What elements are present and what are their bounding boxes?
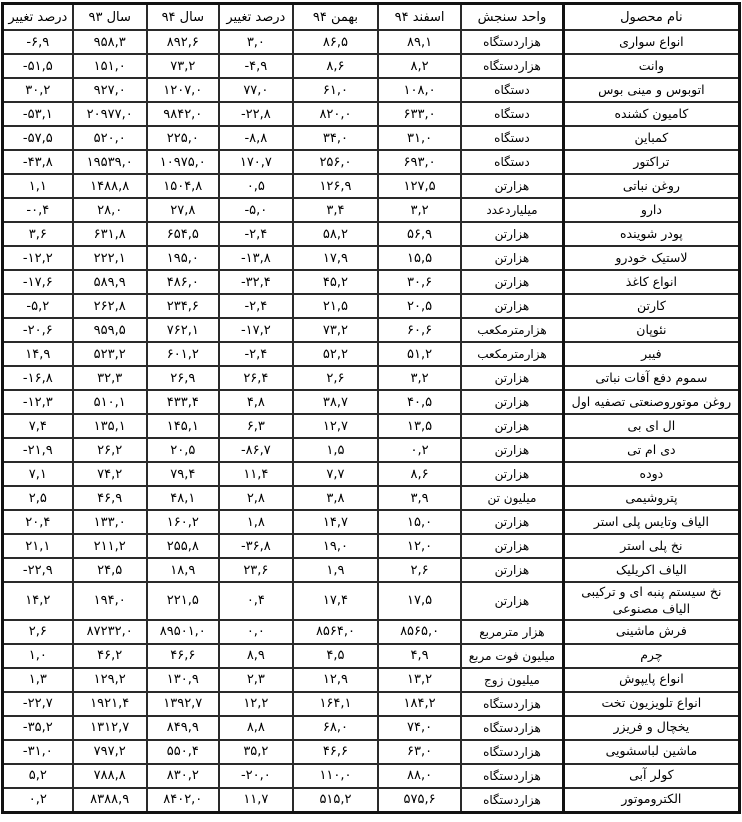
year-93-value-cell: ۲۱۱,۲ xyxy=(73,534,147,558)
year-93-value-cell: ۲۶۲,۸ xyxy=(73,294,147,318)
percent-change-year-cell: ۵,۲ xyxy=(3,764,73,788)
percent-change-month-cell: ۳۵,۲ xyxy=(219,740,293,764)
col-header-esfand-94: اسفند ۹۴ xyxy=(378,4,461,31)
percent-change-year-cell: -۲۱,۹ xyxy=(3,438,73,462)
esfand-94-value-cell: ۱۲,۰ xyxy=(378,534,461,558)
measure-unit-cell: هزاردستگاه xyxy=(461,740,563,764)
measure-unit-cell: هزارتن xyxy=(461,390,563,414)
table-row: چرم میلیون فوت مربع ۴,۹ ۴,۵ ۸,۹ ۴۶,۶ ۴۶,… xyxy=(3,644,740,668)
product-name-cell: فیبر xyxy=(563,342,739,366)
esfand-94-value-cell: ۵۷۵,۶ xyxy=(378,788,461,813)
col-header-measure-unit: واحد سنجش xyxy=(461,4,563,31)
percent-change-year-cell: ۱,۱ xyxy=(3,174,73,198)
esfand-94-value-cell: ۷۴,۰ xyxy=(378,716,461,740)
product-name-cell: الیاف اکریلیک xyxy=(563,558,739,582)
product-name-cell: روغن موتوروصنعتی تصفیه اول xyxy=(563,390,739,414)
percent-change-month-cell: ۷۷,۰ xyxy=(219,78,293,102)
year-94-value-cell: ۴۸۶,۰ xyxy=(147,270,219,294)
col-header-percent-change-year: درصد تغییر xyxy=(3,4,73,31)
year-93-value-cell: ۱۳۳,۰ xyxy=(73,510,147,534)
measure-unit-cell: هزارتن xyxy=(461,294,563,318)
year-93-value-cell: ۳۲,۳ xyxy=(73,366,147,390)
percent-change-month-cell: ۱۱,۴ xyxy=(219,462,293,486)
esfand-94-value-cell: ۱۸۴,۲ xyxy=(378,692,461,716)
percent-change-month-cell: ۱۱,۷ xyxy=(219,788,293,813)
measure-unit-cell: دستگاه xyxy=(461,102,563,126)
year-94-value-cell: ۸۴۰۲,۰ xyxy=(147,788,219,813)
esfand-94-value-cell: ۳۱,۰ xyxy=(378,126,461,150)
percent-change-year-cell: -۲۰,۶ xyxy=(3,318,73,342)
bahman-94-value-cell: ۱۲,۹ xyxy=(293,668,378,692)
year-94-value-cell: ۱۸,۹ xyxy=(147,558,219,582)
product-name-cell: اتوبوس و مینی بوس xyxy=(563,78,739,102)
year-94-value-cell: ۲۵۵,۸ xyxy=(147,534,219,558)
product-name-cell: سموم دفع آفات نباتی xyxy=(563,366,739,390)
bahman-94-value-cell: ۳,۸ xyxy=(293,486,378,510)
year-94-value-cell: ۱۳۹۲,۷ xyxy=(147,692,219,716)
year-94-value-cell: ۸۳۰,۲ xyxy=(147,764,219,788)
percent-change-month-cell: ۳,۰ xyxy=(219,30,293,54)
percent-change-year-cell: ۰,۲ xyxy=(3,788,73,813)
table-row: فرش ماشینی هزار مترمربع ۸۵۶۵,۰ ۸۵۶۴,۰ ۰,… xyxy=(3,620,740,644)
year-93-value-cell: ۵۸۹,۹ xyxy=(73,270,147,294)
percent-change-year-cell: -۱۷,۶ xyxy=(3,270,73,294)
table-row: پتروشیمی میلیون تن ۳,۹ ۳,۸ ۲,۸ ۴۸,۱ ۴۶,۹… xyxy=(3,486,740,510)
measure-unit-cell: هزارتن xyxy=(461,438,563,462)
table-row: لاستیک خودرو هزارتن ۱۵,۵ ۱۷,۹ -۱۳,۸ ۱۹۵,… xyxy=(3,246,740,270)
esfand-94-value-cell: ۱۳,۲ xyxy=(378,668,461,692)
table-row: انواع تلویزیون تخت هزاردستگاه ۱۸۴,۲ ۱۶۴,… xyxy=(3,692,740,716)
esfand-94-value-cell: ۵۱,۲ xyxy=(378,342,461,366)
percent-change-month-cell: -۸۶,۷ xyxy=(219,438,293,462)
esfand-94-value-cell: ۶۳,۰ xyxy=(378,740,461,764)
percent-change-year-cell: -۳۵,۲ xyxy=(3,716,73,740)
year-93-value-cell: ۲۰۹۷۷,۰ xyxy=(73,102,147,126)
measure-unit-cell: میلیون فوت مربع xyxy=(461,644,563,668)
measure-unit-cell: میلیاردعدد xyxy=(461,198,563,222)
measure-unit-cell: دستگاه xyxy=(461,78,563,102)
percent-change-year-cell: -۵۷,۵ xyxy=(3,126,73,150)
table-row: دوده هزارتن ۸,۶ ۷,۷ ۱۱,۴ ۷۹,۴ ۷۴,۲ ۷,۱ xyxy=(3,462,740,486)
measure-unit-cell: هزارتن xyxy=(461,582,563,620)
esfand-94-value-cell: ۱۰۸,۰ xyxy=(378,78,461,102)
year-93-value-cell: ۵۲۳,۲ xyxy=(73,342,147,366)
year-93-value-cell: ۷۴,۲ xyxy=(73,462,147,486)
bahman-94-value-cell: ۱,۵ xyxy=(293,438,378,462)
bahman-94-value-cell: ۸۲۰,۰ xyxy=(293,102,378,126)
bahman-94-value-cell: ۱۲,۷ xyxy=(293,414,378,438)
col-header-product-name: نام محصول xyxy=(563,4,739,31)
year-94-value-cell: ۶۰۱,۲ xyxy=(147,342,219,366)
esfand-94-value-cell: ۳,۲ xyxy=(378,366,461,390)
product-name-cell: ال ای بی xyxy=(563,414,739,438)
percent-change-year-cell: ۱,۳ xyxy=(3,668,73,692)
product-name-cell: کارتن xyxy=(563,294,739,318)
table-row: الکتروموتور هزاردستگاه ۵۷۵,۶ ۵۱۵,۲ ۱۱,۷ … xyxy=(3,788,740,813)
year-94-value-cell: ۸۹۵۰۱,۰ xyxy=(147,620,219,644)
year-94-value-cell: ۴۶,۶ xyxy=(147,644,219,668)
esfand-94-value-cell: ۸۵۶۵,۰ xyxy=(378,620,461,644)
product-name-cell: کولر آبی xyxy=(563,764,739,788)
percent-change-year-cell: ۳۰,۲ xyxy=(3,78,73,102)
table-row: اتوبوس و مینی بوس دستگاه ۱۰۸,۰ ۶۱,۰ ۷۷,۰… xyxy=(3,78,740,102)
bahman-94-value-cell: ۵۸,۲ xyxy=(293,222,378,246)
year-93-value-cell: ۲۴,۵ xyxy=(73,558,147,582)
table-row: تراکتور دستگاه ۶۹۳,۰ ۲۵۶,۰ ۱۷۰,۷ ۱۰۹۷۵,۰… xyxy=(3,150,740,174)
measure-unit-cell: هزار مترمربع xyxy=(461,620,563,644)
product-name-cell: نخ پلی استر xyxy=(563,534,739,558)
measure-unit-cell: میلیون زوج xyxy=(461,668,563,692)
percent-change-month-cell: -۸,۸ xyxy=(219,126,293,150)
year-93-value-cell: ۲۶,۲ xyxy=(73,438,147,462)
table-row: یخچال و فریزر هزاردستگاه ۷۴,۰ ۶۸,۰ ۸,۸ ۸… xyxy=(3,716,740,740)
year-94-value-cell: ۱۹۵,۰ xyxy=(147,246,219,270)
year-94-value-cell: ۴۸,۱ xyxy=(147,486,219,510)
bahman-94-value-cell: ۲,۶ xyxy=(293,366,378,390)
percent-change-month-cell: -۲,۴ xyxy=(219,342,293,366)
percent-change-month-cell: ۱۷۰,۷ xyxy=(219,150,293,174)
table-row: روغن موتوروصنعتی تصفیه اول هزارتن ۴۰,۵ ۳… xyxy=(3,390,740,414)
product-name-cell: انواع کاغذ xyxy=(563,270,739,294)
year-94-value-cell: ۲۲۱,۵ xyxy=(147,582,219,620)
percent-change-month-cell: -۵,۰ xyxy=(219,198,293,222)
bahman-94-value-cell: ۱,۹ xyxy=(293,558,378,582)
product-name-cell: فرش ماشینی xyxy=(563,620,739,644)
year-93-value-cell: ۱۹۴,۰ xyxy=(73,582,147,620)
percent-change-year-cell: ۱۴,۲ xyxy=(3,582,73,620)
bahman-94-value-cell: ۳۸,۷ xyxy=(293,390,378,414)
percent-change-year-cell: ۷,۱ xyxy=(3,462,73,486)
bahman-94-value-cell: ۷۳,۲ xyxy=(293,318,378,342)
percent-change-year-cell: ۲۱,۱ xyxy=(3,534,73,558)
bahman-94-value-cell: ۸,۶ xyxy=(293,54,378,78)
percent-change-year-cell: ۱۴,۹ xyxy=(3,342,73,366)
esfand-94-value-cell: ۶۰,۶ xyxy=(378,318,461,342)
measure-unit-cell: هزاردستگاه xyxy=(461,716,563,740)
percent-change-month-cell: ۲,۸ xyxy=(219,486,293,510)
table-row: ال ای بی هزارتن ۱۳,۵ ۱۲,۷ ۶,۳ ۱۴۵,۱ ۱۳۵,… xyxy=(3,414,740,438)
measure-unit-cell: هزاردستگاه xyxy=(461,30,563,54)
percent-change-year-cell: -۱۲,۳ xyxy=(3,390,73,414)
year-94-value-cell: ۴۳۳,۴ xyxy=(147,390,219,414)
product-name-cell: کامیون کشنده xyxy=(563,102,739,126)
bahman-94-value-cell: ۵۲,۲ xyxy=(293,342,378,366)
scanned-document-page: نام محصول واحد سنجش اسفند ۹۴ بهمن ۹۴ درص… xyxy=(0,0,742,822)
table-row: وانت هزاردستگاه ۸,۲ ۸,۶ -۴,۹ ۷۳,۲ ۱۵۱,۰ … xyxy=(3,54,740,78)
bahman-94-value-cell: ۷,۷ xyxy=(293,462,378,486)
bahman-94-value-cell: ۸۵۶۴,۰ xyxy=(293,620,378,644)
percent-change-year-cell: -۲۲,۷ xyxy=(3,692,73,716)
year-93-value-cell: ۱۲۹,۲ xyxy=(73,668,147,692)
product-name-cell: لاستیک خودرو xyxy=(563,246,739,270)
esfand-94-value-cell: ۴,۹ xyxy=(378,644,461,668)
year-94-value-cell: ۷۳,۲ xyxy=(147,54,219,78)
table-body: انواع سواری هزاردستگاه ۸۹,۱ ۸۶,۵ ۳,۰ ۸۹۲… xyxy=(3,30,740,812)
year-93-value-cell: ۷۹۷,۲ xyxy=(73,740,147,764)
esfand-94-value-cell: ۱۷,۵ xyxy=(378,582,461,620)
table-row: نخ سیستم پنبه ای و ترکیبی الیاف مصنوعی ه… xyxy=(3,582,740,620)
measure-unit-cell: هزارمترمکعب xyxy=(461,342,563,366)
year-94-value-cell: ۲۶,۹ xyxy=(147,366,219,390)
measure-unit-cell: هزارتن xyxy=(461,510,563,534)
product-name-cell: چرم xyxy=(563,644,739,668)
product-name-cell: دوده xyxy=(563,462,739,486)
percent-change-year-cell: -۱۲,۲ xyxy=(3,246,73,270)
esfand-94-value-cell: ۶۹۳,۰ xyxy=(378,150,461,174)
year-94-value-cell: ۱۲۰۷,۰ xyxy=(147,78,219,102)
table-row: کامیون کشنده دستگاه ۶۳۳,۰ ۸۲۰,۰ -۲۲,۸ ۹۸… xyxy=(3,102,740,126)
measure-unit-cell: هزاردستگاه xyxy=(461,764,563,788)
product-name-cell: انواع سواری xyxy=(563,30,739,54)
percent-change-month-cell: -۲,۴ xyxy=(219,222,293,246)
year-94-value-cell: ۸۹۲,۶ xyxy=(147,30,219,54)
table-row: سموم دفع آفات نباتی هزارتن ۳,۲ ۲,۶ ۲۶,۴ … xyxy=(3,366,740,390)
col-header-year-94: سال ۹۴ xyxy=(147,4,219,31)
percent-change-year-cell: -۶,۹ xyxy=(3,30,73,54)
year-94-value-cell: ۲۰,۵ xyxy=(147,438,219,462)
measure-unit-cell: هزاردستگاه xyxy=(461,54,563,78)
percent-change-month-cell: ۱,۸ xyxy=(219,510,293,534)
bahman-94-value-cell: ۱۴,۷ xyxy=(293,510,378,534)
measure-unit-cell: هزارتن xyxy=(461,246,563,270)
percent-change-month-cell: ۸,۹ xyxy=(219,644,293,668)
year-93-value-cell: ۴۶,۹ xyxy=(73,486,147,510)
percent-change-month-cell: ۲۶,۴ xyxy=(219,366,293,390)
percent-change-month-cell: ۱۲,۲ xyxy=(219,692,293,716)
esfand-94-value-cell: ۶۳۳,۰ xyxy=(378,102,461,126)
bahman-94-value-cell: ۴۵,۲ xyxy=(293,270,378,294)
header-row: نام محصول واحد سنجش اسفند ۹۴ بهمن ۹۴ درص… xyxy=(3,4,740,31)
percent-change-month-cell: ۲,۳ xyxy=(219,668,293,692)
percent-change-year-cell: -۵۳,۱ xyxy=(3,102,73,126)
bahman-94-value-cell: ۲۱,۵ xyxy=(293,294,378,318)
production-stats-table: نام محصول واحد سنجش اسفند ۹۴ بهمن ۹۴ درص… xyxy=(1,2,741,814)
esfand-94-value-cell: ۸,۶ xyxy=(378,462,461,486)
year-94-value-cell: ۱۴۵,۱ xyxy=(147,414,219,438)
percent-change-month-cell: ۶,۳ xyxy=(219,414,293,438)
product-name-cell: پتروشیمی xyxy=(563,486,739,510)
measure-unit-cell: هزارتن xyxy=(461,366,563,390)
measure-unit-cell: هزارمترمکعب xyxy=(461,318,563,342)
esfand-94-value-cell: ۱۳,۵ xyxy=(378,414,461,438)
year-93-value-cell: ۱۳۱۲,۷ xyxy=(73,716,147,740)
table-row: نخ پلی استر هزارتن ۱۲,۰ ۱۹,۰ -۳۶,۸ ۲۵۵,۸… xyxy=(3,534,740,558)
percent-change-year-cell: -۴۳,۸ xyxy=(3,150,73,174)
measure-unit-cell: هزارتن xyxy=(461,270,563,294)
table-row: فیبر هزارمترمکعب ۵۱,۲ ۵۲,۲ -۲,۴ ۶۰۱,۲ ۵۲… xyxy=(3,342,740,366)
year-94-value-cell: ۵۵۰,۴ xyxy=(147,740,219,764)
esfand-94-value-cell: ۱۵,۰ xyxy=(378,510,461,534)
table-row: روغن نباتی هزارتن ۱۲۷,۵ ۱۲۶,۹ ۰,۵ ۱۵۰۴,۸… xyxy=(3,174,740,198)
year-93-value-cell: ۵۱۰,۱ xyxy=(73,390,147,414)
bahman-94-value-cell: ۱۹,۰ xyxy=(293,534,378,558)
year-93-value-cell: ۶۳۱,۸ xyxy=(73,222,147,246)
percent-change-year-cell: -۰,۴ xyxy=(3,198,73,222)
bahman-94-value-cell: ۱۷,۴ xyxy=(293,582,378,620)
bahman-94-value-cell: ۱۶۴,۱ xyxy=(293,692,378,716)
year-93-value-cell: ۹۵۹,۵ xyxy=(73,318,147,342)
percent-change-month-cell: ۴,۸ xyxy=(219,390,293,414)
esfand-94-value-cell: ۲,۶ xyxy=(378,558,461,582)
product-name-cell: نخ سیستم پنبه ای و ترکیبی الیاف مصنوعی xyxy=(563,582,739,620)
measure-unit-cell: دستگاه xyxy=(461,126,563,150)
year-94-value-cell: ۱۳۰,۹ xyxy=(147,668,219,692)
bahman-94-value-cell: ۶۸,۰ xyxy=(293,716,378,740)
percent-change-year-cell: ۷,۴ xyxy=(3,414,73,438)
percent-change-year-cell: ۲۰,۴ xyxy=(3,510,73,534)
year-93-value-cell: ۲۲۲,۱ xyxy=(73,246,147,270)
year-93-value-cell: ۸۷۲۳۲,۰ xyxy=(73,620,147,644)
esfand-94-value-cell: ۰,۲ xyxy=(378,438,461,462)
percent-change-year-cell: ۲,۶ xyxy=(3,620,73,644)
year-94-value-cell: ۱۵۰۴,۸ xyxy=(147,174,219,198)
percent-change-year-cell: -۵,۲ xyxy=(3,294,73,318)
year-93-value-cell: ۱۹۵۳۹,۰ xyxy=(73,150,147,174)
table-row: کارتن هزارتن ۲۰,۵ ۲۱,۵ -۲,۴ ۲۳۴,۶ ۲۶۲,۸ … xyxy=(3,294,740,318)
year-94-value-cell: ۶۵۴,۵ xyxy=(147,222,219,246)
percent-change-year-cell: -۱۶,۸ xyxy=(3,366,73,390)
year-93-value-cell: ۱۵۱,۰ xyxy=(73,54,147,78)
measure-unit-cell: هزارتن xyxy=(461,174,563,198)
measure-unit-cell: هزارتن xyxy=(461,534,563,558)
percent-change-year-cell: ۲,۵ xyxy=(3,486,73,510)
table-row: نئوپان هزارمترمکعب ۶۰,۶ ۷۳,۲ -۱۷,۲ ۷۶۲,۱… xyxy=(3,318,740,342)
table-row: پودر شوینده هزارتن ۵۶,۹ ۵۸,۲ -۲,۴ ۶۵۴,۵ … xyxy=(3,222,740,246)
product-name-cell: الکتروموتور xyxy=(563,788,739,813)
product-name-cell: دی ام تی xyxy=(563,438,739,462)
esfand-94-value-cell: ۱۵,۵ xyxy=(378,246,461,270)
measure-unit-cell: هزارتن xyxy=(461,222,563,246)
percent-change-month-cell: -۱۳,۸ xyxy=(219,246,293,270)
year-93-value-cell: ۱۴۸۸,۸ xyxy=(73,174,147,198)
esfand-94-value-cell: ۱۲۷,۵ xyxy=(378,174,461,198)
table-row: ماشین لباسشویی هزاردستگاه ۶۳,۰ ۴۶,۶ ۳۵,۲… xyxy=(3,740,740,764)
year-93-value-cell: ۷۸۸,۸ xyxy=(73,764,147,788)
year-93-value-cell: ۸۳۸۸,۹ xyxy=(73,788,147,813)
percent-change-month-cell: ۰,۴ xyxy=(219,582,293,620)
table-row: دی ام تی هزارتن ۰,۲ ۱,۵ -۸۶,۷ ۲۰,۵ ۲۶,۲ … xyxy=(3,438,740,462)
product-name-cell: کمباین xyxy=(563,126,739,150)
measure-unit-cell: دستگاه xyxy=(461,150,563,174)
percent-change-month-cell: -۳۶,۸ xyxy=(219,534,293,558)
bahman-94-value-cell: ۴,۵ xyxy=(293,644,378,668)
bahman-94-value-cell: ۱۷,۹ xyxy=(293,246,378,270)
esfand-94-value-cell: ۳,۲ xyxy=(378,198,461,222)
percent-change-year-cell: -۵۱,۵ xyxy=(3,54,73,78)
esfand-94-value-cell: ۵۶,۹ xyxy=(378,222,461,246)
bahman-94-value-cell: ۴۶,۶ xyxy=(293,740,378,764)
percent-change-month-cell: -۳۲,۴ xyxy=(219,270,293,294)
year-94-value-cell: ۸۴۹,۹ xyxy=(147,716,219,740)
esfand-94-value-cell: ۴۰,۵ xyxy=(378,390,461,414)
bahman-94-value-cell: ۳,۴ xyxy=(293,198,378,222)
year-94-value-cell: ۷۶۲,۱ xyxy=(147,318,219,342)
bahman-94-value-cell: ۲۵۶,۰ xyxy=(293,150,378,174)
percent-change-month-cell: ۸,۸ xyxy=(219,716,293,740)
year-93-value-cell: ۴۶,۲ xyxy=(73,644,147,668)
year-93-value-cell: ۹۲۷,۰ xyxy=(73,78,147,102)
year-94-value-cell: ۹۸۴۲,۰ xyxy=(147,102,219,126)
esfand-94-value-cell: ۲۰,۵ xyxy=(378,294,461,318)
year-94-value-cell: ۲۳۴,۶ xyxy=(147,294,219,318)
esfand-94-value-cell: ۸۹,۱ xyxy=(378,30,461,54)
esfand-94-value-cell: ۳۰,۶ xyxy=(378,270,461,294)
percent-change-year-cell: -۳۱,۰ xyxy=(3,740,73,764)
percent-change-month-cell: ۲۳,۶ xyxy=(219,558,293,582)
table-row: انواع کاغذ هزارتن ۳۰,۶ ۴۵,۲ -۳۲,۴ ۴۸۶,۰ … xyxy=(3,270,740,294)
product-name-cell: انواع پایپوش xyxy=(563,668,739,692)
esfand-94-value-cell: ۸۸,۰ xyxy=(378,764,461,788)
percent-change-month-cell: ۰,۵ xyxy=(219,174,293,198)
product-name-cell: یخچال و فریزر xyxy=(563,716,739,740)
percent-change-month-cell: -۱۷,۲ xyxy=(219,318,293,342)
measure-unit-cell: هزارتن xyxy=(461,558,563,582)
year-93-value-cell: ۱۳۵,۱ xyxy=(73,414,147,438)
product-name-cell: تراکتور xyxy=(563,150,739,174)
table-row: الیاف اکریلیک هزارتن ۲,۶ ۱,۹ ۲۳,۶ ۱۸,۹ ۲… xyxy=(3,558,740,582)
col-header-bahman-94: بهمن ۹۴ xyxy=(293,4,378,31)
table-row: انواع پایپوش میلیون زوج ۱۳,۲ ۱۲,۹ ۲,۳ ۱۳… xyxy=(3,668,740,692)
product-name-cell: پودر شوینده xyxy=(563,222,739,246)
col-header-percent-change-month: درصد تغییر xyxy=(219,4,293,31)
esfand-94-value-cell: ۳,۹ xyxy=(378,486,461,510)
measure-unit-cell: هزاردستگاه xyxy=(461,788,563,813)
col-header-year-93: سال ۹۳ xyxy=(73,4,147,31)
year-93-value-cell: ۱۹۲۱,۴ xyxy=(73,692,147,716)
product-name-cell: نئوپان xyxy=(563,318,739,342)
year-93-value-cell: ۹۵۸,۳ xyxy=(73,30,147,54)
year-93-value-cell: ۵۲۰,۰ xyxy=(73,126,147,150)
percent-change-month-cell: -۲۰,۰ xyxy=(219,764,293,788)
product-name-cell: ماشین لباسشویی xyxy=(563,740,739,764)
percent-change-month-cell: -۲,۴ xyxy=(219,294,293,318)
esfand-94-value-cell: ۸,۲ xyxy=(378,54,461,78)
measure-unit-cell: میلیون تن xyxy=(461,486,563,510)
table-row: انواع سواری هزاردستگاه ۸۹,۱ ۸۶,۵ ۳,۰ ۸۹۲… xyxy=(3,30,740,54)
table-row: کولر آبی هزاردستگاه ۸۸,۰ ۱۱۰,۰ -۲۰,۰ ۸۳۰… xyxy=(3,764,740,788)
bahman-94-value-cell: ۳۴,۰ xyxy=(293,126,378,150)
year-93-value-cell: ۲۸,۰ xyxy=(73,198,147,222)
measure-unit-cell: هزارتن xyxy=(461,462,563,486)
bahman-94-value-cell: ۱۱۰,۰ xyxy=(293,764,378,788)
year-94-value-cell: ۷۹,۴ xyxy=(147,462,219,486)
product-name-cell: وانت xyxy=(563,54,739,78)
percent-change-month-cell: -۲۲,۸ xyxy=(219,102,293,126)
measure-unit-cell: هزاردستگاه xyxy=(461,692,563,716)
table-row: دارو میلیاردعدد ۳,۲ ۳,۴ -۵,۰ ۲۷,۸ ۲۸,۰ -… xyxy=(3,198,740,222)
year-94-value-cell: ۱۶۰,۲ xyxy=(147,510,219,534)
bahman-94-value-cell: ۵۱۵,۲ xyxy=(293,788,378,813)
table-row: کمباین دستگاه ۳۱,۰ ۳۴,۰ -۸,۸ ۲۲۵,۰ ۵۲۰,۰… xyxy=(3,126,740,150)
bahman-94-value-cell: ۸۶,۵ xyxy=(293,30,378,54)
product-name-cell: دارو xyxy=(563,198,739,222)
year-94-value-cell: ۲۷,۸ xyxy=(147,198,219,222)
measure-unit-cell: هزارتن xyxy=(461,414,563,438)
percent-change-month-cell: -۴,۹ xyxy=(219,54,293,78)
bahman-94-value-cell: ۶۱,۰ xyxy=(293,78,378,102)
percent-change-year-cell: ۱,۰ xyxy=(3,644,73,668)
year-94-value-cell: ۱۰۹۷۵,۰ xyxy=(147,150,219,174)
year-94-value-cell: ۲۲۵,۰ xyxy=(147,126,219,150)
product-name-cell: الیاف وتایس پلی استر xyxy=(563,510,739,534)
product-name-cell: انواع تلویزیون تخت xyxy=(563,692,739,716)
product-name-cell: روغن نباتی xyxy=(563,174,739,198)
bahman-94-value-cell: ۱۲۶,۹ xyxy=(293,174,378,198)
percent-change-month-cell: ۰,۰ xyxy=(219,620,293,644)
table-row: الیاف وتایس پلی استر هزارتن ۱۵,۰ ۱۴,۷ ۱,… xyxy=(3,510,740,534)
percent-change-year-cell: -۲۲,۹ xyxy=(3,558,73,582)
percent-change-year-cell: ۳,۶ xyxy=(3,222,73,246)
